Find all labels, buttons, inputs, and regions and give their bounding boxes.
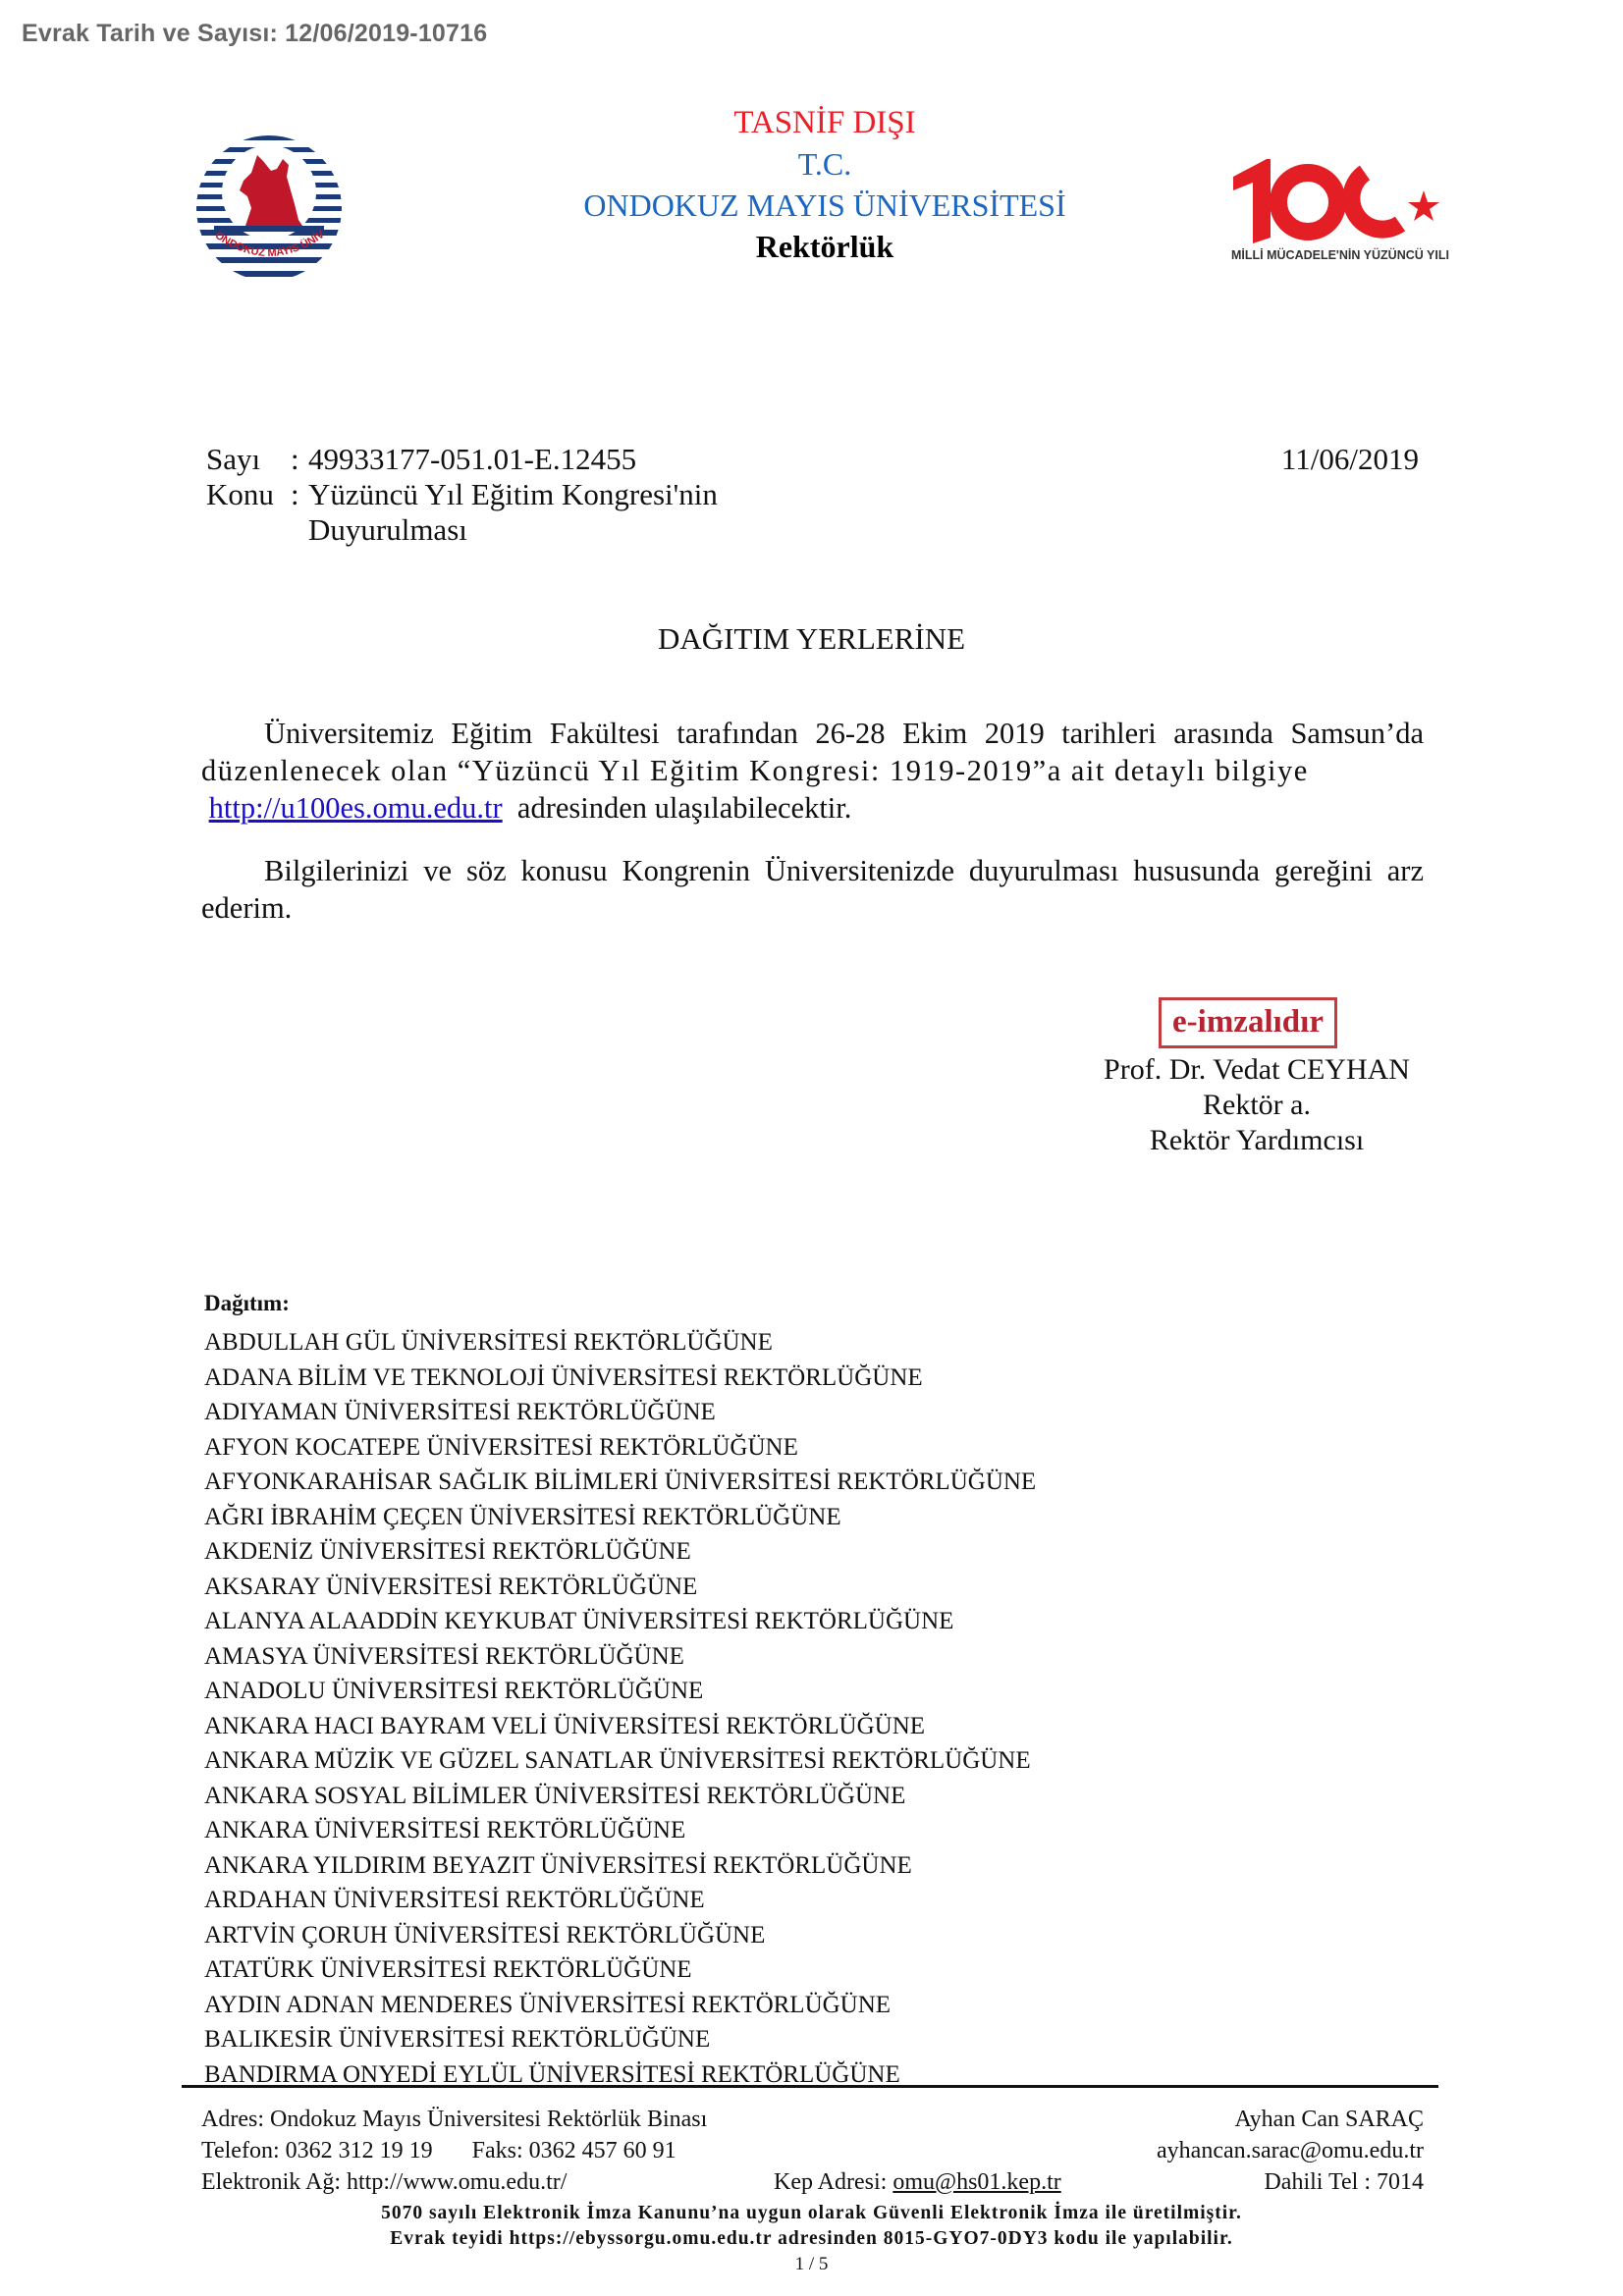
footer-contact-email[interactable]: ayhancan.sarac@omu.edu.tr	[1157, 2135, 1424, 2166]
signer-title-2: Rektör Yardımcısı	[1060, 1123, 1453, 1158]
distribution-item: ADANA BİLİM VE TEKNOLOJİ ÜNİVERSİTESİ RE…	[204, 1361, 1036, 1396]
separator: :	[291, 477, 308, 512]
distribution-item: ATATÜRK ÜNİVERSİTESİ REKTÖRLÜĞÜNE	[204, 1952, 1036, 1988]
e-signature-badge: e-imzalıdır	[1159, 997, 1337, 1048]
distribution-item: ARDAHAN ÜNİVERSİTESİ REKTÖRLÜĞÜNE	[204, 1883, 1036, 1918]
distribution-item: AYDIN ADNAN MENDERES ÜNİVERSİTESİ REKTÖR…	[204, 1988, 1036, 2023]
body-p1-line3: adresinden ulaşılabilecektir.	[517, 791, 851, 825]
distribution-item: ANKARA SOSYAL BİLİMLER ÜNİVERSİTESİ REKT…	[204, 1779, 1036, 1814]
country-label: T.C.	[530, 143, 1119, 185]
body-paragraph-2: Bilgilerinizi ve söz konusu Kongrenin Ün…	[201, 852, 1424, 927]
footer-kep: Kep Adresi: omu@hs01.kep.tr	[774, 2166, 1061, 2198]
sayi-label: Sayı	[206, 442, 291, 477]
separator: :	[291, 442, 308, 477]
subject-line-2: Duyurulması	[206, 512, 718, 548]
svg-text:MİLLİ MÜCADELE'NİN YÜZÜNCÜ YIL: MİLLİ MÜCADELE'NİN YÜZÜNCÜ YILI	[1231, 247, 1449, 262]
document-number: 49933177-051.01-E.12455	[308, 442, 636, 477]
congress-website-link[interactable]: http://u100es.omu.edu.tr	[209, 791, 503, 825]
footer-extension: Dahili Tel : 7014	[1264, 2166, 1424, 2198]
distribution-item: AMASYA ÜNİVERSİTESİ REKTÖRLÜĞÜNE	[204, 1639, 1036, 1675]
footer-phone: Telefon: 0362 312 19 19	[201, 2138, 433, 2163]
legal-notice-verification: Evrak teyidi https://ebyssorgu.omu.edu.t…	[0, 2228, 1623, 2250]
document-meta: Sayı : 49933177-051.01-E.12455 Konu : Yü…	[206, 442, 718, 548]
distribution-item: ARTVİN ÇORUH ÜNİVERSİTESİ REKTÖRLÜĞÜNE	[204, 1918, 1036, 1953]
footer-row-1: Adres: Ondokuz Mayıs Üniversitesi Rektör…	[201, 2104, 1424, 2135]
distribution-item: ANKARA HACI BAYRAM VELİ ÜNİVERSİTESİ REK…	[204, 1709, 1036, 1744]
distribution-item: ALANYA ALAADDİN KEYKUBAT ÜNİVERSİTESİ RE…	[204, 1604, 1036, 1639]
footer-divider	[182, 2085, 1438, 2088]
centenary-100-icon: MİLLİ MÜCADELE'NİN YÜZÜNCÜ YILI	[1227, 137, 1453, 265]
body-p1-line1: Üniversitemiz Eğitim Fakültesi tarafında…	[264, 717, 1424, 750]
distribution-item: ANKARA YILDIRIM BEYAZIT ÜNİVERSİTESİ REK…	[204, 1848, 1036, 1884]
omu-logo-icon: ONDOKUZ MAYIS ÜNİVERSİTESİ	[192, 132, 346, 285]
classification-label: TASNİF DIŞI	[530, 102, 1119, 143]
distribution-item: ADIYAMAN ÜNİVERSİTESİ REKTÖRLÜĞÜNE	[204, 1395, 1036, 1430]
footer-address: Adres: Ondokuz Mayıs Üniversitesi Rektör…	[201, 2107, 707, 2132]
letterhead: TASNİF DIŞI T.C. ONDOKUZ MAYIS ÜNİVERSİT…	[530, 102, 1119, 267]
distribution-item: ANKARA MÜZİK VE GÜZEL SANATLAR ÜNİVERSİT…	[204, 1743, 1036, 1779]
footer-row-2: Telefon: 0362 312 19 19Faks: 0362 457 60…	[201, 2135, 1424, 2166]
body-p2-text: Bilgilerinizi ve söz konusu Kongrenin Ün…	[201, 854, 1424, 925]
recipient-heading: DAĞITIM YERLERİNE	[0, 621, 1623, 657]
footer-fax: Faks: 0362 457 60 91	[472, 2138, 676, 2163]
footer-web[interactable]: Elektronik Ağ: http://www.omu.edu.tr/	[201, 2169, 567, 2195]
kep-label: Kep Adresi:	[774, 2169, 887, 2195]
distribution-item: AĞRI İBRAHİM ÇEÇEN ÜNİVERSİTESİ REKTÖRLÜ…	[204, 1500, 1036, 1535]
distribution-item: ABDULLAH GÜL ÜNİVERSİTESİ REKTÖRLÜĞÜNE	[204, 1325, 1036, 1361]
signature-block: Prof. Dr. Vedat CEYHAN Rektör a. Rektör …	[1060, 1052, 1453, 1158]
document-date-number-stamp: Evrak Tarih ve Sayısı: 12/06/2019-10716	[22, 20, 487, 48]
distribution-item: ANKARA ÜNİVERSİTESİ REKTÖRLÜĞÜNE	[204, 1813, 1036, 1848]
distribution-item: AKDENİZ ÜNİVERSİTESİ REKTÖRLÜĞÜNE	[204, 1534, 1036, 1570]
footer-contact-name: Ayhan Can SARAÇ	[1235, 2104, 1424, 2135]
distribution-list: ABDULLAH GÜL ÜNİVERSİTESİ REKTÖRLÜĞÜNEAD…	[204, 1325, 1036, 2092]
page-number: 1 / 5	[0, 2254, 1623, 2275]
document-date: 11/06/2019	[1281, 442, 1419, 477]
footer-row-3: Elektronik Ağ: http://www.omu.edu.tr/ Ke…	[201, 2166, 1424, 2198]
body-p1-line2: düzenlenecek olan “Yüzüncü Yıl Eğitim Ko…	[201, 754, 1309, 787]
body-paragraph-1: Üniversitemiz Eğitim Fakültesi tarafında…	[201, 715, 1424, 827]
omu-university-logo: ONDOKUZ MAYIS ÜNİVERSİTESİ	[192, 132, 346, 285]
signer-name: Prof. Dr. Vedat CEYHAN	[1060, 1052, 1453, 1088]
centenary-logo: MİLLİ MÜCADELE'NİN YÜZÜNCÜ YILI	[1227, 137, 1453, 265]
distribution-item: AFYONKARAHİSAR SAĞLIK BİLİMLERİ ÜNİVERSİ…	[204, 1465, 1036, 1500]
distribution-item: BALIKESİR ÜNİVERSİTESİ REKTÖRLÜĞÜNE	[204, 2022, 1036, 2057]
subject-line-1: Yüzüncü Yıl Eğitim Kongresi'nin	[308, 477, 718, 512]
distribution-title: Dağıtım:	[204, 1291, 290, 1316]
unit-name: Rektörlük	[530, 226, 1119, 267]
distribution-item: ANADOLU ÜNİVERSİTESİ REKTÖRLÜĞÜNE	[204, 1674, 1036, 1709]
legal-notice-esign: 5070 sayılı Elektronik İmza Kanunu’na uy…	[0, 2203, 1623, 2224]
distribution-item: AFYON KOCATEPE ÜNİVERSİTESİ REKTÖRLÜĞÜNE	[204, 1430, 1036, 1466]
signer-title-1: Rektör a.	[1060, 1088, 1453, 1123]
kep-address-link[interactable]: omu@hs01.kep.tr	[893, 2169, 1060, 2195]
distribution-item: AKSARAY ÜNİVERSİTESİ REKTÖRLÜĞÜNE	[204, 1570, 1036, 1605]
konu-label: Konu	[206, 477, 291, 512]
university-name: ONDOKUZ MAYIS ÜNİVERSİTESİ	[530, 185, 1119, 226]
